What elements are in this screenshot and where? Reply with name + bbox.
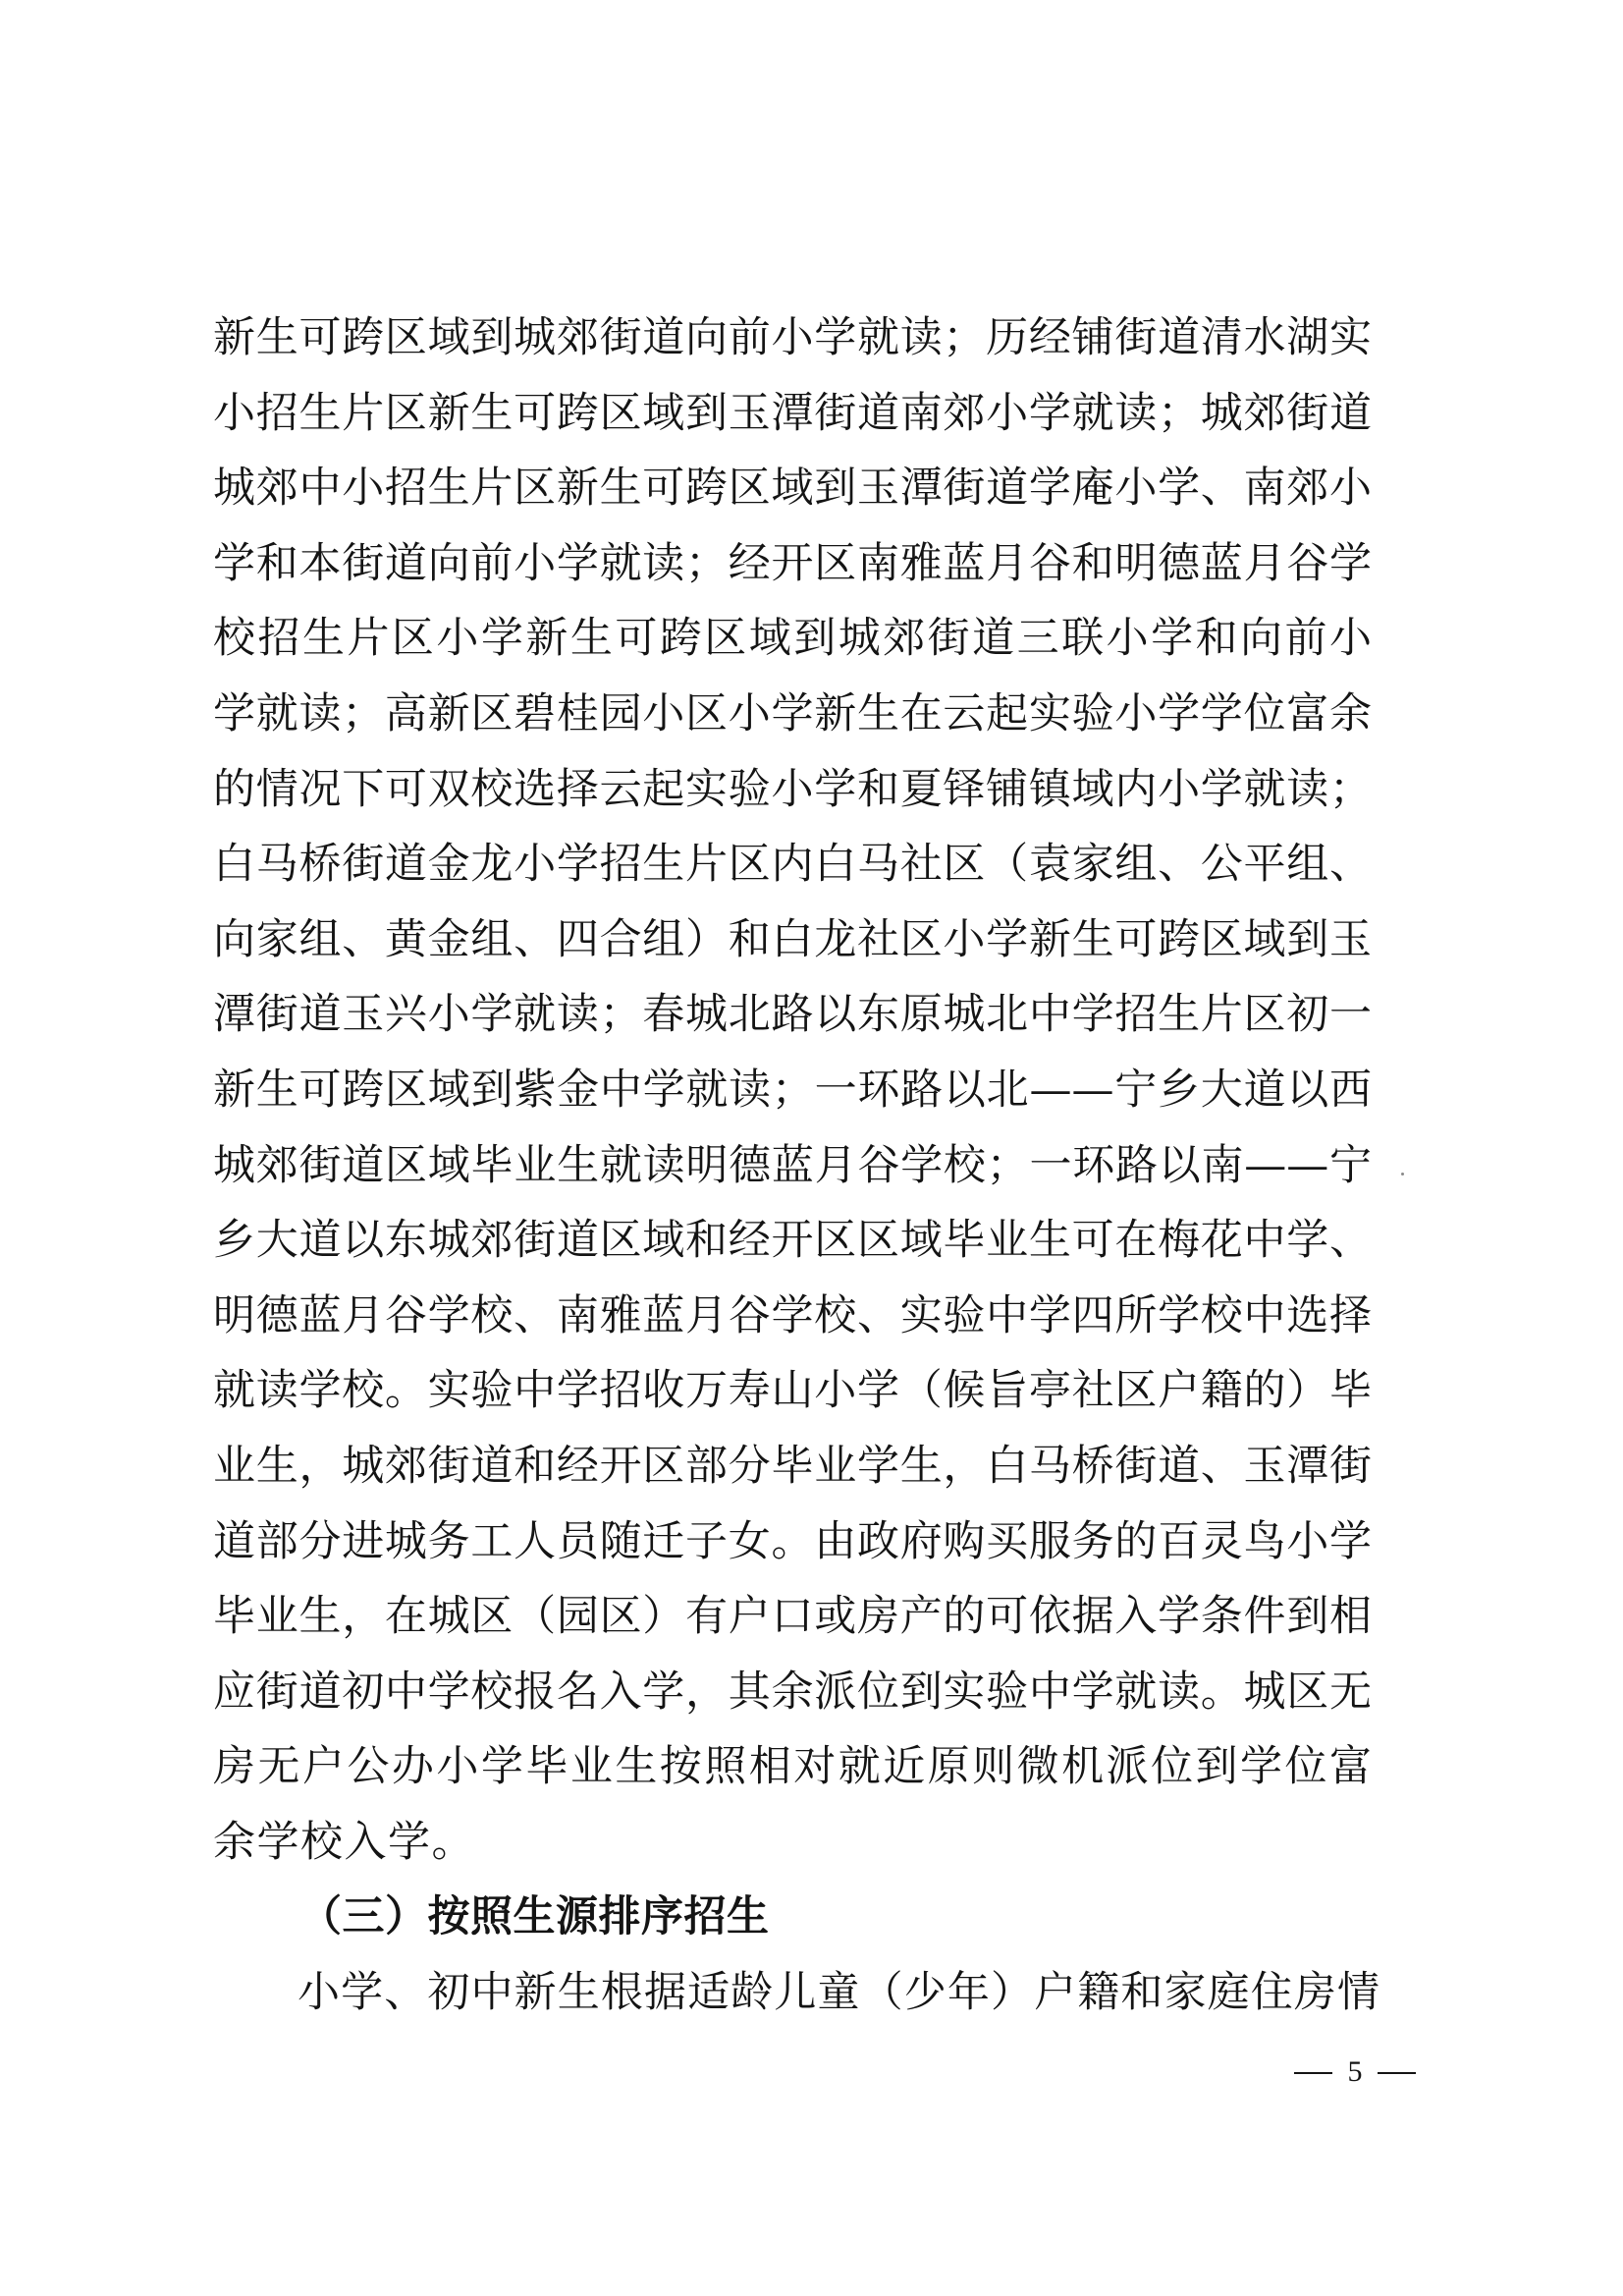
body-line: 白马桥街道金龙小学招生片区内白马社区（袁家组、公平组、 [213,827,1372,902]
body-line: 新生可跨区域到紫金中学就读；一环路以北——宁乡大道以西 [213,1053,1372,1128]
body-line: 房无户公办小学毕业生按照相对就近原则微机派位到学位富 [213,1729,1372,1805]
body-line: 小招生片区新生可跨区域到玉潭街道南郊小学就读；城郊街道 [213,376,1372,452]
section-heading: （三）按照生源排序招生 [213,1880,1372,1955]
body-line: 的情况下可双校选择云起实验小学和夏铎铺镇域内小学就读； [213,752,1372,828]
body-line: 潭街道玉兴小学就读；春城北路以东原城北中学招生片区初一 [213,977,1372,1053]
page-number-dash-right [1378,2072,1416,2074]
body-line: 校招生片区小学新生可跨区域到城郊街道三联小学和向前小 [213,601,1372,677]
document-body: 新生可跨区域到城郊街道向前小学就读；历经铺街道清水湖实 小招生片区新生可跨区域到… [213,301,1372,2031]
body-line: 乡大道以东城郊街道区域和经开区区域毕业生可在梅花中学、 [213,1203,1372,1279]
body-line: 应街道初中学校报名入学，其余派位到实验中学就读。城区无 [213,1655,1372,1730]
body-line: 明德蓝月谷学校、南雅蓝月谷学校、实验中学四所学校中选择 [213,1279,1372,1354]
body-line: 就读学校。实验中学招收万寿山小学（候旨亭社区户籍的）毕 [213,1353,1372,1429]
body-line: 城郊街道区域毕业生就读明德蓝月谷学校；一环路以南——宁 [213,1128,1372,1204]
body-line: 道部分进城务工人员随迁子女。由政府购买服务的百灵鸟小学 [213,1504,1372,1580]
body-line-paragraph-end: 余学校入学。 [213,1805,1372,1881]
body-line: 向家组、黄金组、四合组）和白龙社区小学新生可跨区域到玉 [213,902,1372,978]
scan-speck [1401,1173,1404,1175]
document-page: 新生可跨区域到城郊街道向前小学就读；历经铺街道清水湖实 小招生片区新生可跨区域到… [0,0,1623,2296]
body-line: 新生可跨区域到城郊街道向前小学就读；历经铺街道清水湖实 [213,301,1372,376]
body-line: 学就读；高新区碧桂园小区小学新生在云起实验小学学位富余 [213,677,1372,752]
page-number-dash-left [1294,2072,1332,2074]
body-line: 毕业生，在城区（园区）有户口或房产的可依据入学条件到相 [213,1579,1372,1655]
paragraph-first-line: 小学、初中新生根据适龄儿童（少年）户籍和家庭住房情 [213,1955,1380,2031]
page-number-value: 5 [1348,2057,1363,2087]
body-line: 学和本街道向前小学就读；经开区南雅蓝月谷和明德蓝月谷学 [213,526,1372,602]
page-number: 5 [1294,2054,1416,2090]
body-line: 城郊中小招生片区新生可跨区域到玉潭街道学庵小学、南郊小 [213,451,1372,526]
body-line: 业生，城郊街道和经开区部分毕业学生，白马桥街道、玉潭街 [213,1429,1372,1504]
